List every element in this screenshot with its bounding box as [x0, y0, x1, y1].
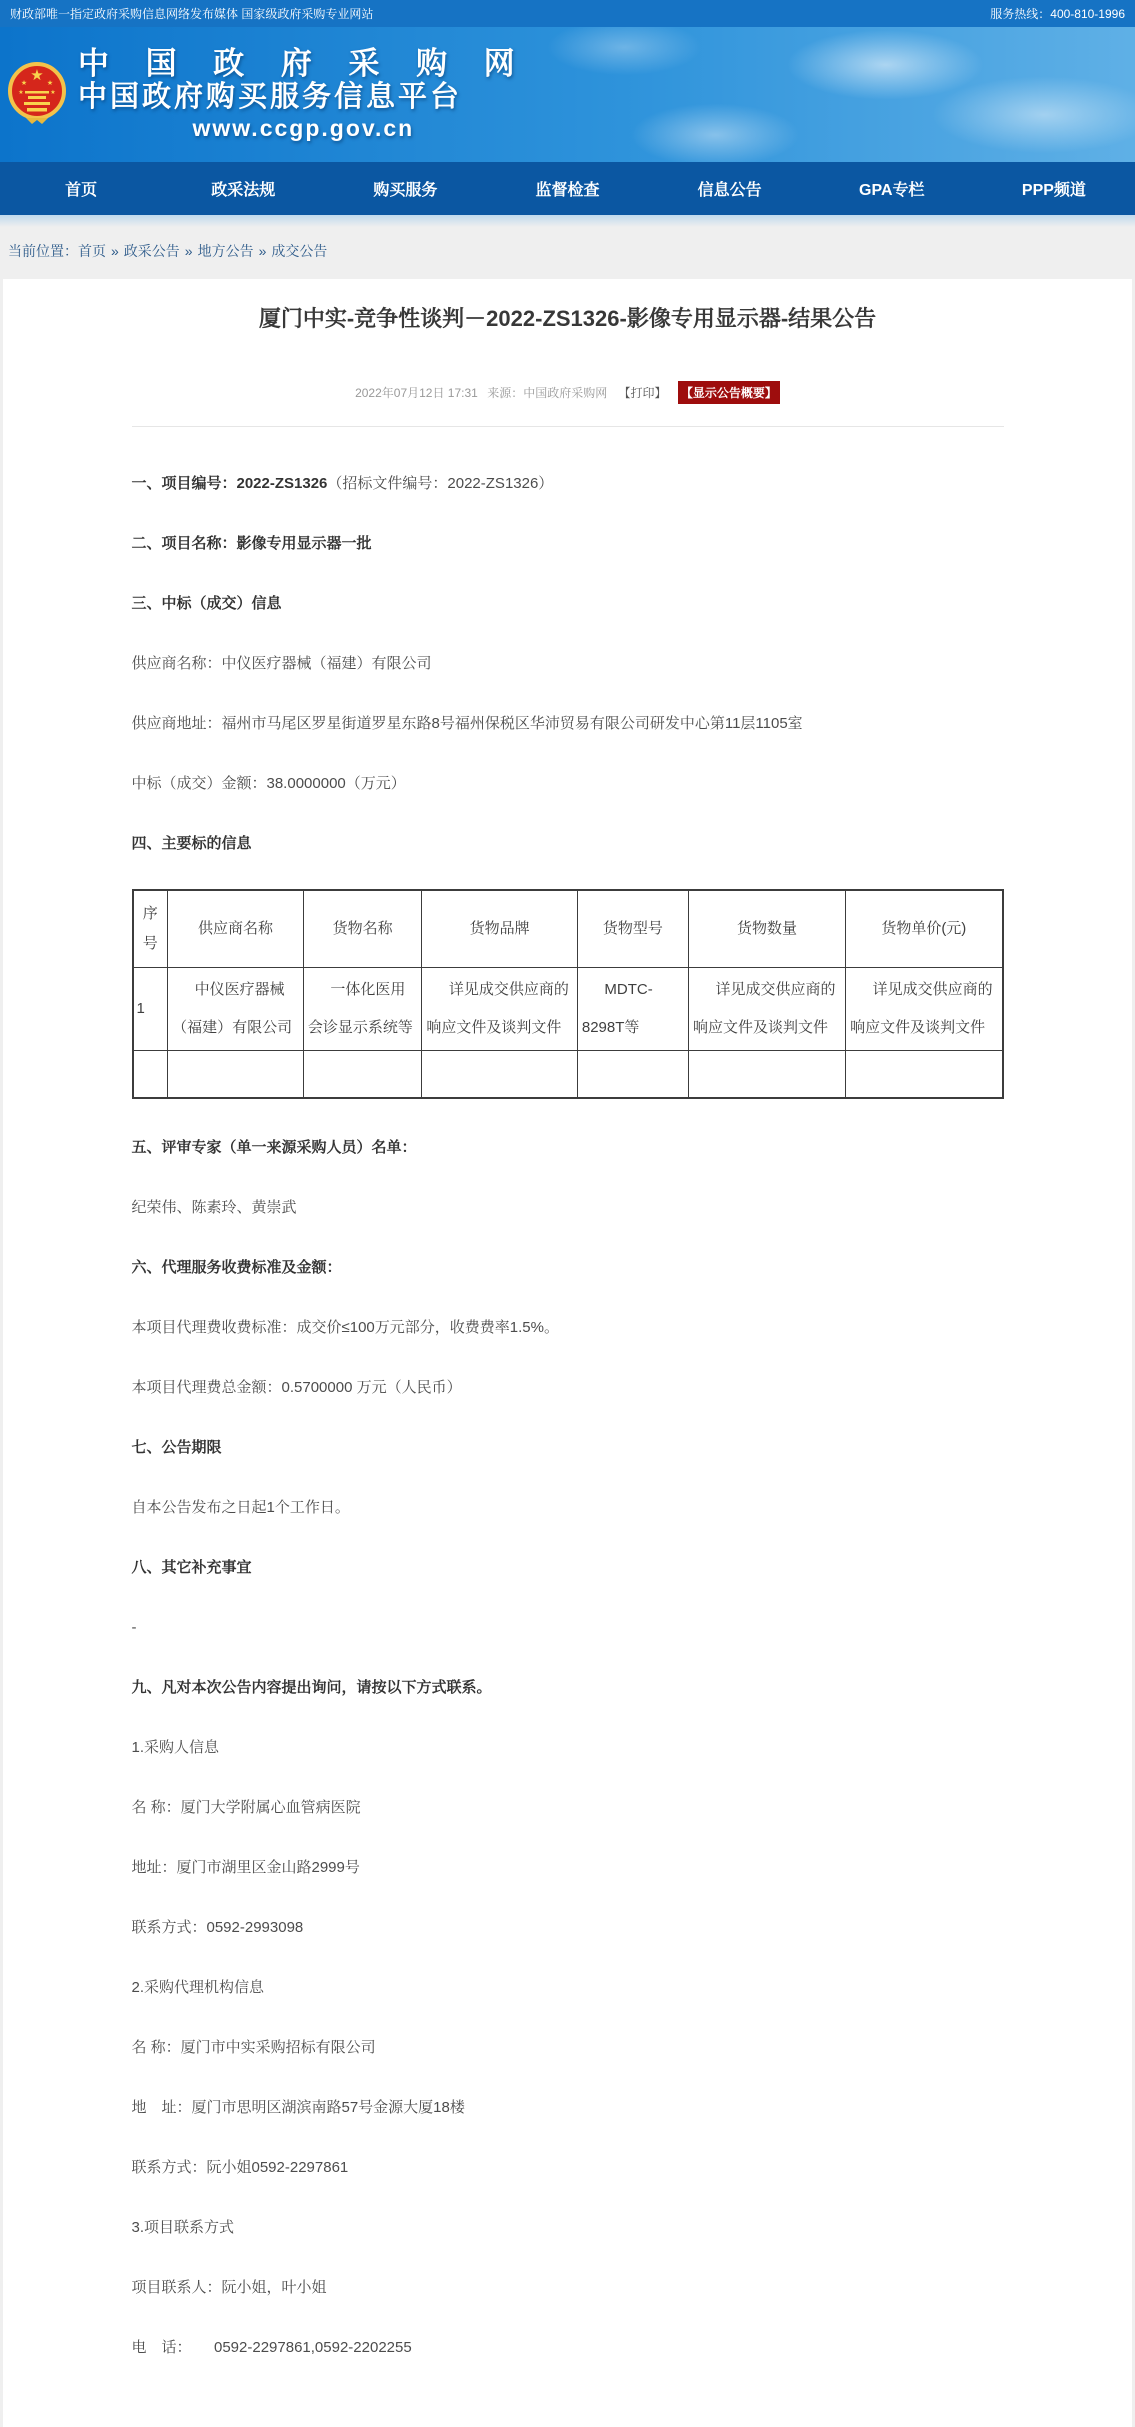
nav-item-announcements[interactable]: 信息公告	[649, 162, 811, 215]
main-nav: 首页政采法规购买服务监督检查信息公告GPA专栏PPP频道	[0, 162, 1135, 215]
table-cell	[688, 1051, 845, 1099]
table-cell: 1	[133, 968, 168, 1051]
article-meta: 2022年07月12日 17:31 来源：中国政府采购网 【打印】 【显示公告概…	[132, 381, 1004, 427]
section-heading-text: 二、项目名称：影像专用显示器一批	[132, 535, 372, 552]
table-header-cell: 序号	[133, 890, 168, 968]
svg-text:★: ★	[50, 89, 55, 96]
publish-datetime: 2022年07月12日 17:31	[355, 386, 478, 400]
table-header-cell: 货物型号	[577, 890, 688, 968]
service-hotline: 服务热线：400-810-1996	[990, 5, 1125, 22]
table-header-cell: 供应商名称	[168, 890, 304, 968]
section-heading-text: 八、其它补充事宜	[132, 1559, 252, 1576]
site-subtitle: 中国政府购买服务信息平台	[78, 81, 529, 114]
site-logo-text: 中 国 政 府 采 购 网 中国政府购买服务信息平台 www.ccgp.gov.…	[78, 47, 529, 142]
national-emblem-logo: ★ ★ ★ ★ ★	[8, 58, 66, 135]
section-heading: 三、中标（成交）信息	[132, 589, 1004, 619]
paragraph: 联系方式：阮小姐0592-2297861	[132, 2153, 1004, 2183]
section-heading-text: 一、项目编号：2022-ZS1326	[132, 475, 328, 492]
table-cell	[133, 1051, 168, 1099]
topbar-slogan: 财政部唯一指定政府采购信息网络发布媒体 国家级政府采购专业网站	[10, 5, 373, 22]
breadcrumb-link[interactable]: 首页	[78, 243, 106, 259]
paragraph: 项目联系人：阮小姐，叶小姐	[132, 2273, 1004, 2303]
breadcrumb-links: 首页»政采公告»地方公告»成交公告	[78, 243, 327, 259]
nav-item-supervision[interactable]: 监督检查	[486, 162, 648, 215]
awarded-items-table: 序号供应商名称货物名称货物品牌货物型号货物数量货物单价(元)1中仪医疗器械（福建…	[132, 889, 1004, 1099]
show-summary-button[interactable]: 【显示公告概要】	[678, 381, 780, 404]
paragraph: 中标（成交）金额：38.0000000（万元）	[132, 769, 1004, 799]
paragraph: 2.采购代理机构信息	[132, 1973, 1004, 2003]
breadcrumb-separator: »	[185, 243, 193, 259]
article-source: 来源：中国政府采购网	[487, 386, 607, 400]
paragraph: 纪荣伟、陈素玲、黄崇武	[132, 1193, 1004, 1223]
paragraph: 1.采购人信息	[132, 1733, 1004, 1763]
table-cell: 中仪医疗器械（福建）有限公司	[168, 968, 304, 1051]
table-header-cell: 货物单价(元)	[846, 890, 1003, 968]
section-heading-text: 三、中标（成交）信息	[132, 595, 282, 612]
table-row: 1中仪医疗器械（福建）有限公司一体化医用会诊显示系统等详见成交供应商的响应文件及…	[133, 968, 1003, 1051]
section-heading-text: 七、公告期限	[132, 1439, 222, 1456]
breadcrumb-separator: »	[259, 243, 267, 259]
paragraph: -	[132, 1613, 1004, 1643]
section-heading: 二、项目名称：影像专用显示器一批	[132, 529, 1004, 559]
section-heading: 九、凡对本次公告内容提出询问，请按以下方式联系。	[132, 1673, 1004, 1703]
article-body: 一、项目编号：2022-ZS1326（招标文件编号：2022-ZS1326）二、…	[132, 469, 1004, 2363]
site-name: 中 国 政 府 采 购 网	[78, 47, 529, 81]
section-heading-text: 六、代理服务收费标准及金额：	[132, 1259, 342, 1276]
nav-fade	[0, 215, 1135, 227]
svg-text:★: ★	[18, 89, 23, 96]
section-heading: 六、代理服务收费标准及金额：	[132, 1253, 1004, 1283]
paragraph: 自本公告发布之日起1个工作日。	[132, 1493, 1004, 1523]
breadcrumb: 当前位置：首页»政采公告»地方公告»成交公告	[0, 227, 1135, 279]
breadcrumb-separator: »	[111, 243, 119, 259]
table-cell: MDTC-8298T等	[577, 968, 688, 1051]
section-heading-tail: （招标文件编号：2022-ZS1326）	[327, 475, 553, 492]
nav-item-home[interactable]: 首页	[0, 162, 162, 215]
paragraph: 供应商名称：中仪医疗器械（福建）有限公司	[132, 649, 1004, 679]
nav-item-purchase-service[interactable]: 购买服务	[324, 162, 486, 215]
page-title: 厦门中实-竞争性谈判－2022-ZS1326-影像专用显示器-结果公告	[132, 303, 1004, 335]
table-cell: 详见成交供应商的响应文件及谈判文件	[688, 968, 845, 1051]
table-cell	[168, 1051, 304, 1099]
breadcrumb-link[interactable]: 地方公告	[198, 243, 254, 259]
nav-item-gpa[interactable]: GPA专栏	[811, 162, 973, 215]
paragraph: 供应商地址：福州市马尾区罗星街道罗星东路8号福州保税区华沛贸易有限公司研发中心第…	[132, 709, 1004, 739]
paragraph: 3.项目联系方式	[132, 2213, 1004, 2243]
breadcrumb-prefix: 当前位置：	[8, 243, 78, 259]
table-cell	[846, 1051, 1003, 1099]
table-header-row: 序号供应商名称货物名称货物品牌货物型号货物数量货物单价(元)	[133, 890, 1003, 968]
table-row	[133, 1051, 1003, 1099]
table-cell: 一体化医用会诊显示系统等	[303, 968, 422, 1051]
table-header-cell: 货物品牌	[422, 890, 578, 968]
site-url: www.ccgp.gov.cn	[78, 114, 529, 142]
section-heading: 一、项目编号：2022-ZS1326（招标文件编号：2022-ZS1326）	[132, 469, 1004, 499]
breadcrumb-link[interactable]: 成交公告	[271, 243, 327, 259]
paragraph: 电 话： 0592-2297861,0592-2202255	[132, 2333, 1004, 2363]
section-heading-text: 四、主要标的信息	[132, 835, 252, 852]
svg-text:★: ★	[21, 79, 27, 87]
table-header-cell: 货物数量	[688, 890, 845, 968]
table-cell	[577, 1051, 688, 1099]
topbar: 财政部唯一指定政府采购信息网络发布媒体 国家级政府采购专业网站 服务热线：400…	[0, 0, 1135, 27]
table-cell: 详见成交供应商的响应文件及谈判文件	[846, 968, 1003, 1051]
paragraph: 本项目代理费收费标准：成交价≤100万元部分，收费费率1.5%。	[132, 1313, 1004, 1343]
paragraph: 地 址：厦门市思明区湖滨南路57号金源大厦18楼	[132, 2093, 1004, 2123]
table-cell: 详见成交供应商的响应文件及谈判文件	[422, 968, 578, 1051]
table-cell	[422, 1051, 578, 1099]
nav-item-policy[interactable]: 政采法规	[162, 162, 324, 215]
section-heading: 五、评审专家（单一来源采购人员）名单：	[132, 1133, 1004, 1163]
paragraph: 名 称：厦门大学附属心血管病医院	[132, 1793, 1004, 1823]
svg-text:★: ★	[30, 67, 43, 84]
paragraph: 本项目代理费总金额：0.5700000 万元（人民币）	[132, 1373, 1004, 1403]
paragraph: 联系方式：0592-2993098	[132, 1913, 1004, 1943]
table-header-cell: 货物名称	[303, 890, 422, 968]
breadcrumb-link[interactable]: 政采公告	[124, 243, 180, 259]
paragraph: 名 称：厦门市中实采购招标有限公司	[132, 2033, 1004, 2063]
site-banner: ★ ★ ★ ★ ★ 中 国 政 府 采 购 网 中国政府购买服务信息平台 www…	[0, 27, 1135, 162]
table-cell	[303, 1051, 422, 1099]
section-heading-text: 五、评审专家（单一来源采购人员）名单：	[132, 1139, 417, 1156]
content-card: 厦门中实-竞争性谈判－2022-ZS1326-影像专用显示器-结果公告 2022…	[3, 279, 1132, 2427]
print-link[interactable]: 【打印】	[619, 386, 667, 400]
nav-item-ppp[interactable]: PPP频道	[973, 162, 1135, 215]
section-heading-text: 九、凡对本次公告内容提出询问，请按以下方式联系。	[132, 1679, 492, 1696]
svg-text:★: ★	[47, 79, 53, 87]
section-heading: 七、公告期限	[132, 1433, 1004, 1463]
section-heading: 八、其它补充事宜	[132, 1553, 1004, 1583]
section-heading: 四、主要标的信息	[132, 829, 1004, 859]
paragraph: 地址：厦门市湖里区金山路2999号	[132, 1853, 1004, 1883]
